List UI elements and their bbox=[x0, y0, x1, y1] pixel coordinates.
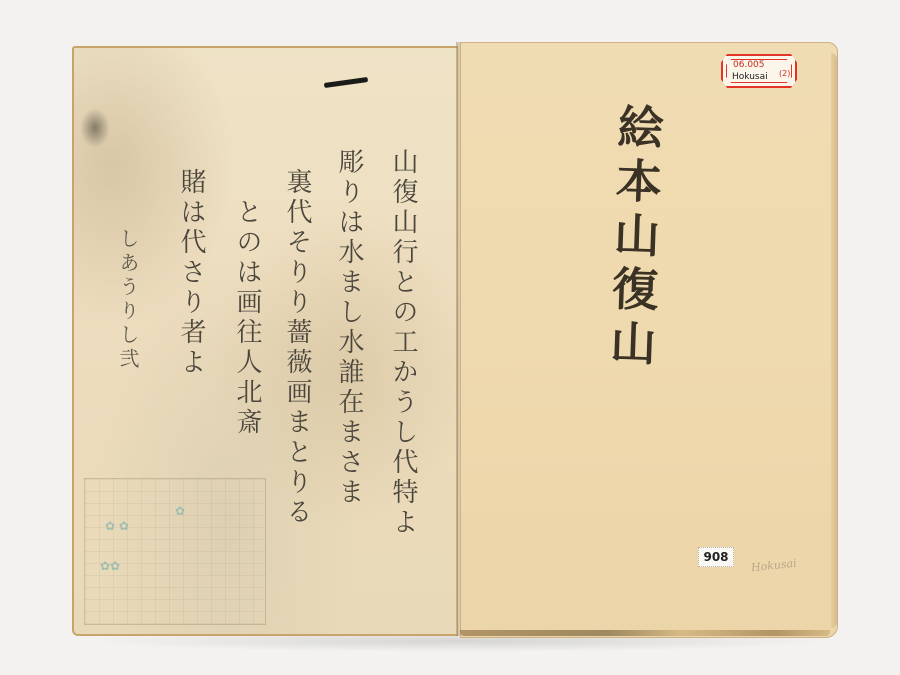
label-artist-name: Hokusai bbox=[732, 72, 768, 82]
text-column-6: しあうりし弐 bbox=[118, 228, 138, 372]
text-column-3: 裏代そりり薔薇画まとりる bbox=[284, 168, 310, 528]
blue-floral-mark: ✿ bbox=[175, 504, 185, 518]
faint-grid-offset: ✿ ✿ ✿✿ ✿ bbox=[84, 478, 266, 625]
ink-stain bbox=[80, 108, 110, 148]
page-number-mark bbox=[324, 77, 368, 88]
text-column-1: 山復山行との工かうし代特よ bbox=[390, 148, 416, 538]
inventory-tag: 908 bbox=[698, 547, 734, 567]
blue-floral-mark: ✿✿ bbox=[100, 559, 120, 573]
blue-floral-mark: ✿ ✿ bbox=[105, 519, 129, 533]
label-volume: (2) bbox=[779, 69, 790, 78]
book-title: 絵本山復山 bbox=[606, 102, 661, 373]
worn-bottom-edge bbox=[460, 630, 830, 636]
right-page: 06.005 Hokusai (2) 絵本山復山 Hokusai bbox=[460, 42, 838, 638]
collection-label: 06.005 Hokusai (2) bbox=[721, 54, 797, 88]
left-page: 山復山行との工かうし代特よ 彫りは水まし水誰在まさま 裏代そりり薔薇画まとりる … bbox=[72, 46, 458, 636]
page-edge bbox=[831, 53, 837, 628]
pencil-note: Hokusai bbox=[750, 557, 797, 575]
text-column-2: 彫りは水まし水誰在まさま bbox=[336, 148, 362, 508]
text-column-4: とのは画往人北斎 bbox=[234, 198, 260, 438]
text-column-5: 賭は代さり者よ bbox=[178, 168, 204, 378]
label-catalog-number: 06.005 bbox=[733, 60, 765, 70]
